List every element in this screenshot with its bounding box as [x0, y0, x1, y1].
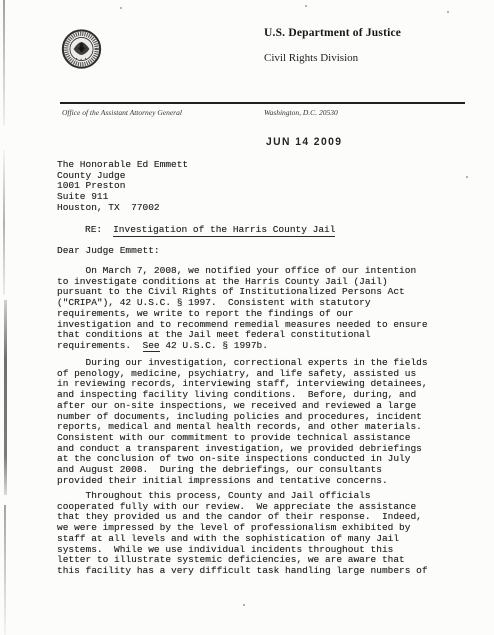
- scan-speck: [305, 5, 307, 7]
- agency-name: U.S. Department of Justice: [264, 27, 401, 39]
- scan-speck: [447, 11, 449, 13]
- subject-title: Investigation of the Harris County Jail: [113, 224, 335, 237]
- scan-artifact: [4, 505, 6, 635]
- division-name: Civil Rights Division: [264, 52, 358, 64]
- scan-artifact: [3, 150, 5, 295]
- scan-speck: [466, 176, 468, 178]
- office-name: Office of the Assistant Attorney General: [62, 108, 182, 117]
- salutation: Dear Judge Emmett:: [57, 246, 160, 257]
- paragraph-3: Throughout this process, County and Jail…: [57, 491, 428, 577]
- subject-label: RE:: [85, 224, 102, 235]
- scan-artifact: [4, 300, 7, 495]
- scan-speck: [243, 604, 245, 606]
- citation-see: See: [143, 340, 160, 353]
- paragraph-1-citation-tail: 42 U.S.C. § 1997b.: [160, 340, 268, 351]
- letterhead-location: Washington, D.C. 20530: [264, 108, 338, 117]
- paragraph-1: On March 7, 2008, we notified your offic…: [57, 266, 428, 352]
- doj-seal-icon: [61, 28, 102, 70]
- recipient-address: The Honorable Ed Emmett County Judge 100…: [57, 160, 188, 214]
- subject-line: RE:Investigation of the Harris County Ja…: [85, 225, 335, 236]
- letterhead-divider: [60, 102, 465, 104]
- letter-page: U.S. Department of Justice Civil Rights …: [0, 0, 494, 635]
- paragraph-2: During our investigation, correctional e…: [57, 358, 428, 486]
- scan-artifact: [3, 0, 5, 125]
- date-stamp: JUN 14 2009: [266, 136, 342, 148]
- scan-speck: [120, 7, 122, 9]
- paragraph-1-text: On March 7, 2008, we notified your offic…: [57, 265, 428, 351]
